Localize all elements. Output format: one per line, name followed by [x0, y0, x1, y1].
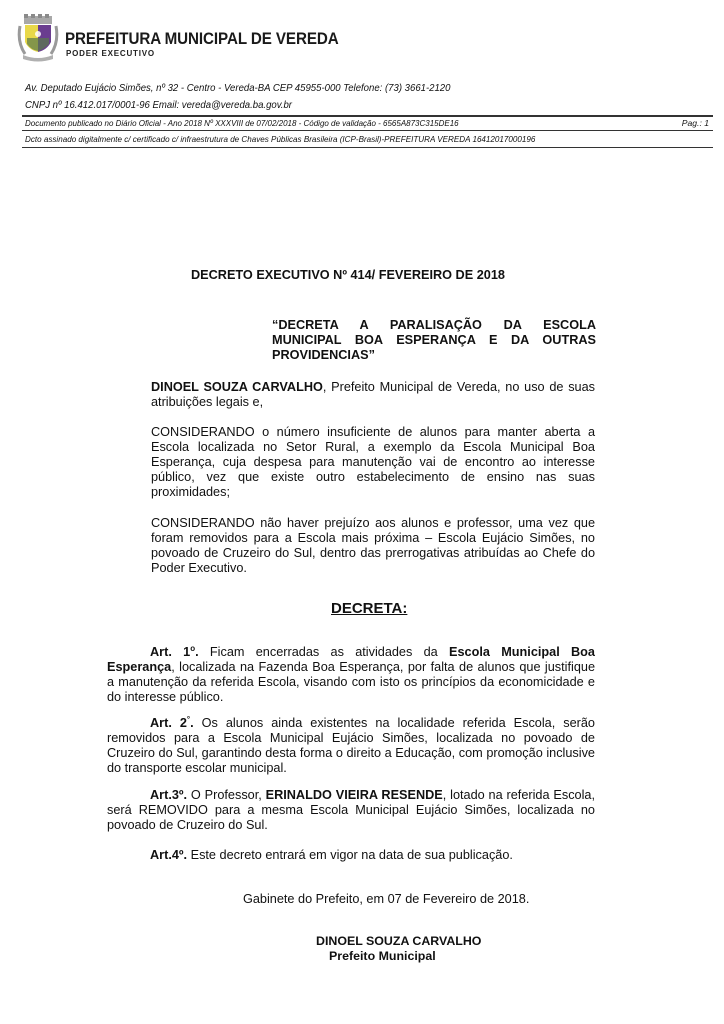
decreta-heading: DECRETA:	[331, 600, 407, 617]
org-subtitle: PODER EXECUTIVO	[66, 49, 155, 58]
header-divider	[22, 115, 713, 117]
cnpj-email-line: CNPJ nº 16.412.017/0001-96 Email: vereda…	[25, 100, 292, 111]
coat-of-arms-icon	[17, 14, 59, 64]
article-3: Art.3º. O Professor, ERINALDO VIEIRA RES…	[107, 788, 595, 833]
article-2: Art. 2°. Os alunos ainda existentes na l…	[107, 716, 595, 776]
intro-paragraph: DINOEL SOUZA CARVALHO, Prefeito Municipa…	[151, 380, 595, 410]
header-divider	[22, 147, 713, 148]
page-number: Pag.: 1	[682, 118, 709, 128]
header-divider	[22, 130, 713, 131]
address-line: Av. Deputado Eujácio Simões, nº 32 - Cen…	[25, 83, 450, 94]
considering-paragraph-1: CONSIDERANDO o número insuficiente de al…	[151, 425, 595, 500]
signer-name: DINOEL SOUZA CARVALHO	[316, 934, 481, 948]
summary-line: PROVIDENCIAS”	[272, 348, 596, 363]
publication-line: Documento publicado no Diário Oficial - …	[25, 118, 459, 128]
signer-role: Prefeito Municipal	[329, 949, 436, 963]
decree-title: DECRETO EXECUTIVO Nº 414/ FEVEREIRO DE 2…	[191, 268, 505, 282]
considering-paragraph-2: CONSIDERANDO não haver prejuízo aos alun…	[151, 516, 595, 576]
summary-line: MUNICIPAL BOA ESPERANÇA E DA OUTRAS	[272, 333, 596, 348]
closing-line: Gabinete do Prefeito, em 07 de Fevereiro…	[243, 892, 529, 906]
article-4: Art.4º. Este decreto entrará em vigor na…	[107, 848, 595, 863]
mayor-name: DINOEL SOUZA CARVALHO	[151, 380, 323, 394]
decree-summary: “DECRETA A PARALISAÇÃO DA ESCOLA MUNICIP…	[272, 318, 596, 363]
article-1: Art. 1o. Ficam encerradas as atividades …	[107, 645, 595, 705]
summary-line: “DECRETA A PARALISAÇÃO DA ESCOLA	[272, 318, 596, 333]
org-name: PREFEITURA MUNICIPAL DE VEREDA	[65, 30, 339, 49]
digital-signature-note: Dcto assinado digitalmente c/ certificad…	[25, 134, 535, 144]
